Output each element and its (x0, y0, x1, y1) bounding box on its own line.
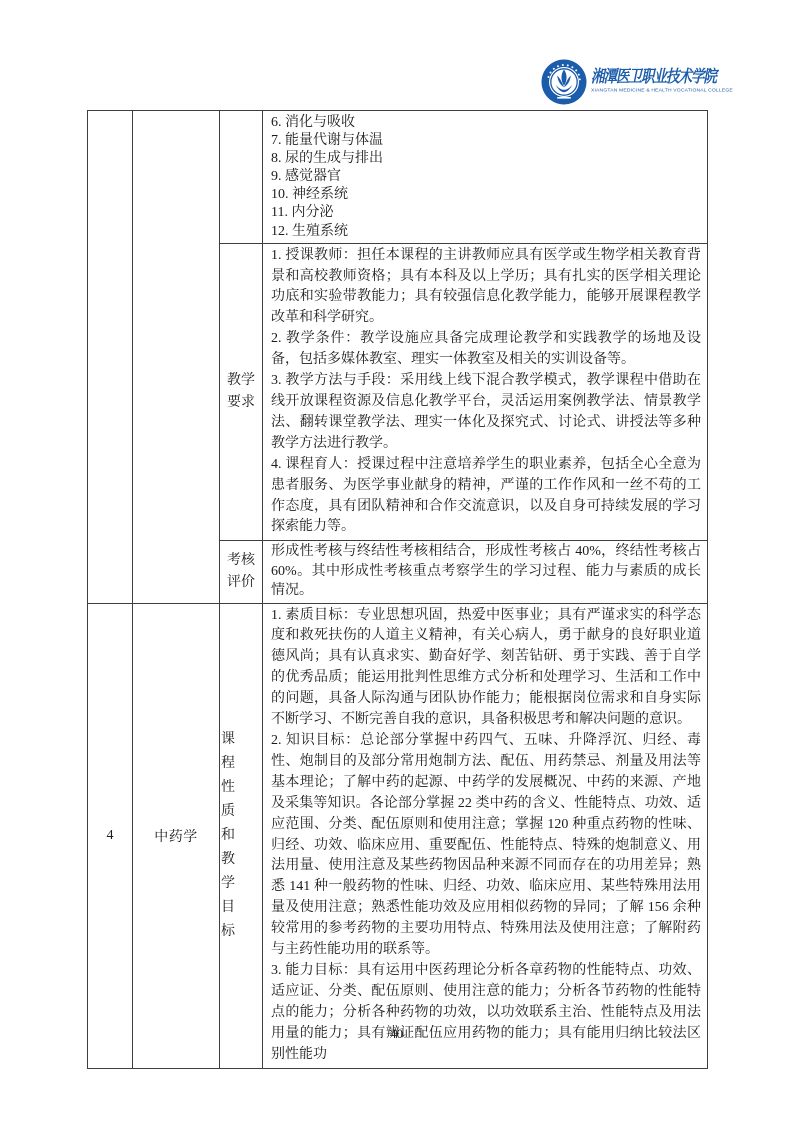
course-name-cell-continued (133, 111, 220, 604)
assessment-text: 形成性考核与终结性考核相结合，形成性考核占 40%，终结性考核占 60%。其中形… (263, 541, 708, 603)
teaching-requirements-text: 1. 授课教师：担任本课程的主讲教师应具有医学或生物学相关教育背景和高校教师资格… (263, 243, 708, 541)
table-row-course-4: 4 中药学 课 程 性 质 和 教 学 目 标 1. 素质目标：专业思想巩固，热… (88, 603, 708, 1068)
college-logo: 湘潭医卫职业技术学院 XIANGTAN MEDICINE & HEALTH VO… (541, 57, 701, 107)
course-4-nature-label: 课 程 性 质 和 教 学 目 标 (221, 728, 261, 944)
college-name-cn: 湘潭医卫职业技术学院 (591, 67, 793, 87)
college-name-en: XIANGTAN MEDICINE & HEALTH VOCATIONAL CO… (591, 88, 733, 93)
assessment-label: 考核 评价 (227, 550, 255, 594)
college-name-block: 湘潭医卫职业技术学院 XIANGTAN MEDICINE & HEALTH VO… (591, 69, 793, 96)
course-syllabus-table: 6. 消化与吸收 7. 能量代谢与体温 8. 尿的生成与排出 9. 感觉器官 1… (87, 110, 708, 1069)
college-emblem-icon (541, 59, 587, 105)
course-4-nature-label-cell: 课 程 性 质 和 教 学 目 标 (220, 603, 263, 1068)
page-number: 40 (0, 1026, 793, 1042)
course-4-seq: 4 (88, 603, 133, 1068)
course-4-objectives-text: 1. 素质目标：专业思想巩固，热爱中医事业；具有严谨求实的科学态度和救死扶伤的人… (263, 603, 708, 1068)
section-label-cell-empty (220, 111, 263, 244)
document-page: 湘潭医卫职业技术学院 XIANGTAN MEDICINE & HEALTH VO… (0, 0, 793, 1122)
teaching-requirements-label: 教学 要求 (227, 370, 255, 414)
assessment-label-cell: 考核 评价 (220, 541, 263, 603)
course-4-name: 中药学 (133, 603, 220, 1068)
teaching-content-items: 6. 消化与吸收 7. 能量代谢与体温 8. 尿的生成与排出 9. 感觉器官 1… (263, 111, 708, 244)
teaching-requirements-label-cell: 教学 要求 (220, 243, 263, 541)
seq-cell-continued (88, 111, 133, 604)
table-row-teaching-content: 6. 消化与吸收 7. 能量代谢与体温 8. 尿的生成与排出 9. 感觉器官 1… (88, 111, 708, 244)
